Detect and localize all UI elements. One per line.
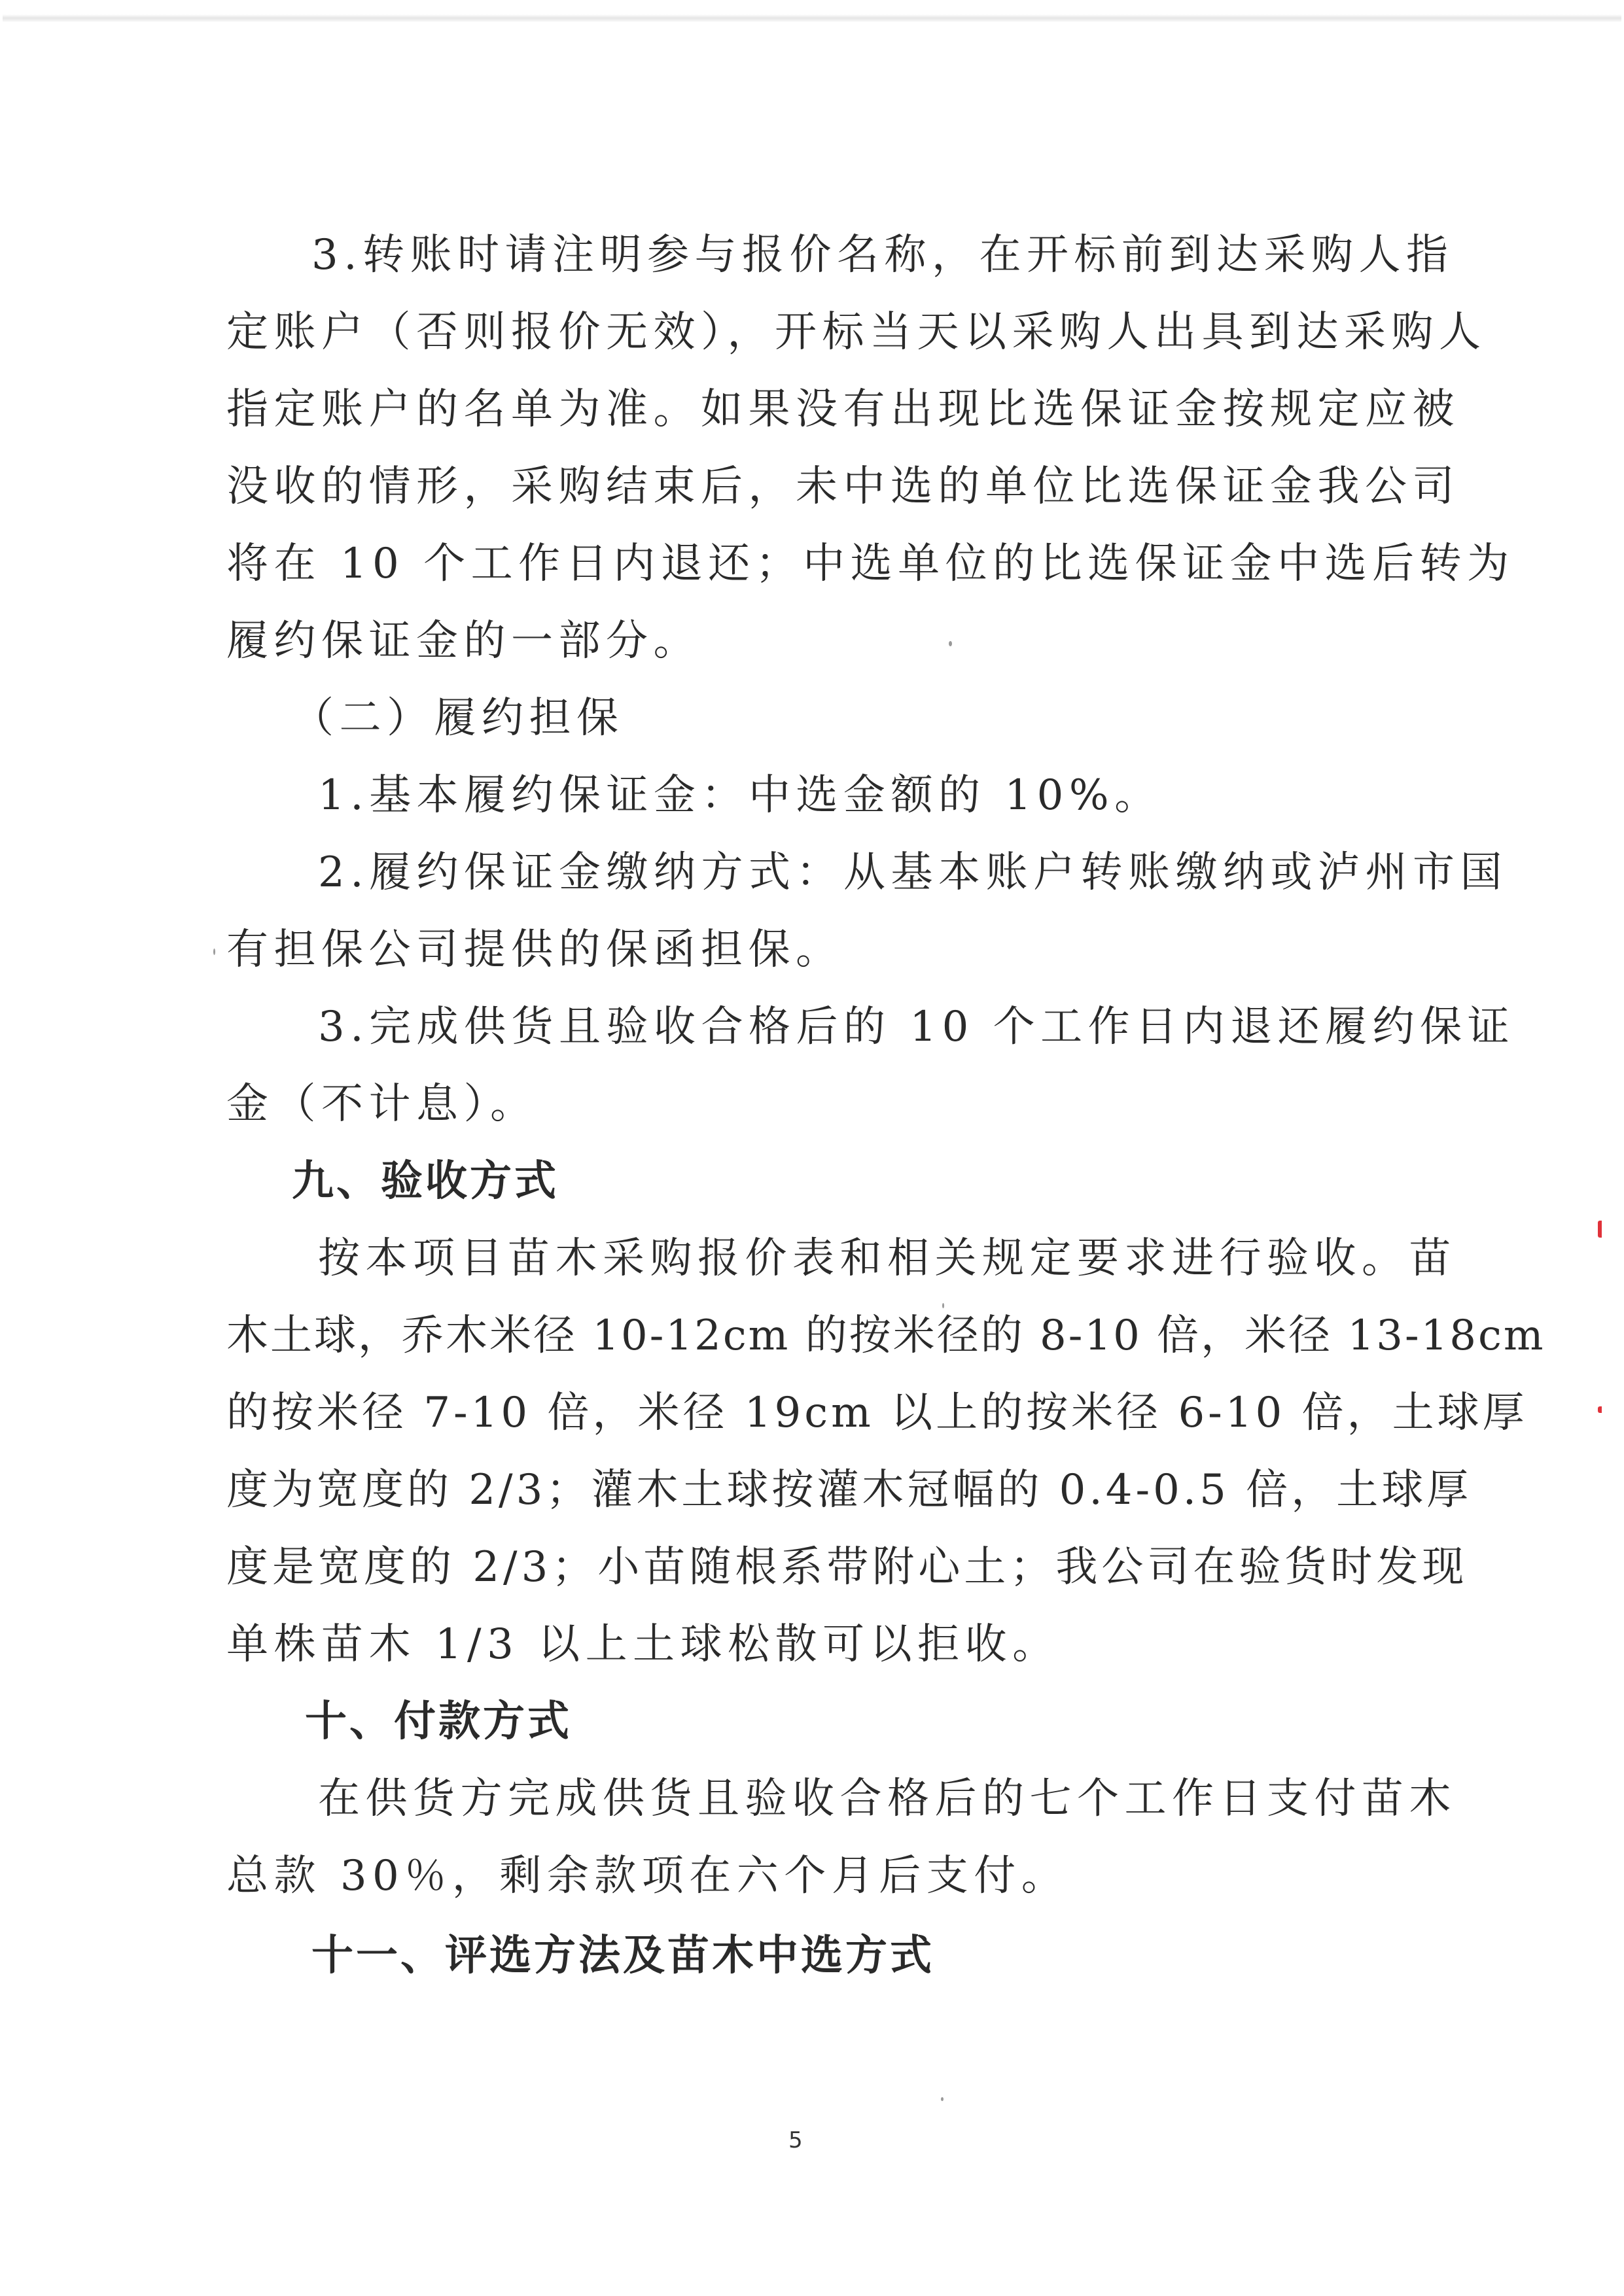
subheading-performance-guarantee: （二）履约担保 (292, 686, 624, 751)
paragraph-acceptance-line-1: 按本项目苗木采购报价表和相关规定要求进行验收。苗 (318, 1226, 1456, 1291)
section-heading-payment: 十、付款方式 (305, 1689, 572, 1754)
section-heading-acceptance: 九、验收方式 (292, 1149, 559, 1214)
item-bond-payment-method-line-2: 有担保公司提供的保函担保。 (226, 917, 843, 983)
paragraph-deposit-3-line-1: 3.转账时请注明参与报价名称，在开标前到达采购人指 (311, 222, 1454, 288)
paragraph-acceptance-line-3: 的按米径 7-10 倍，米径 19cm 以上的按米径 6-10 倍，土球厚 (226, 1380, 1528, 1446)
paragraph-acceptance-line-5: 度是宽度的 2/3；小苗随根系带附心土；我公司在验货时发现 (226, 1535, 1468, 1600)
paragraph-acceptance-line-4: 度为宽度的 2/3；灌木土球按灌木冠幅的 0.4-0.5 倍，土球厚 (226, 1457, 1472, 1523)
red-stamp-fragment (1598, 1221, 1602, 1238)
paragraph-deposit-3-line-2: 定账户（否则报价无效），开标当天以采购人出具到达采购人 (226, 300, 1487, 365)
section-heading-evaluation-method: 十一、评选方法及苗木中选方式 (311, 1923, 934, 1989)
scan-top-edge (3, 14, 1621, 22)
paragraph-acceptance-line-2: 木土球，乔木米径 10-12cm 的按米径的 8-10 倍，米径 13-18cm (226, 1303, 1545, 1368)
item-bond-refund-line-1: 3.完成供货且验收合格后的 10 个工作日内退还履约保证 (318, 994, 1515, 1060)
scan-speck (942, 1303, 944, 1308)
item-bond-payment-method-line-1: 2.履约保证金缴纳方式：从基本账户转账缴纳或泸州市国 (318, 840, 1508, 905)
scan-speck (213, 948, 215, 955)
paragraph-deposit-3-line-3: 指定账户的名单为准。如果没有出现比选保证金按规定应被 (226, 377, 1460, 442)
page-number: 5 (788, 2127, 803, 2153)
paragraph-payment-line-1: 在供货方完成供货且验收合格后的七个工作日支付苗木 (318, 1766, 1456, 1832)
red-stamp-fragment (1598, 1406, 1602, 1413)
paragraph-acceptance-line-6: 单株苗木 1/3 以上土球松散可以拒收。 (226, 1612, 1060, 1677)
paragraph-deposit-3-line-6: 履约保证金的一部分。 (226, 608, 701, 674)
scan-speck (941, 2097, 944, 2101)
paragraph-deposit-3-line-5: 将在 10 个工作日内退还；中选单位的比选保证金中选后转为 (226, 531, 1515, 597)
paragraph-payment-line-2: 总款 30％，剩余款项在六个月后支付。 (226, 1843, 1068, 1909)
paragraph-deposit-3-line-4: 没收的情形，采购结束后，未中选的单位比选保证金我公司 (226, 454, 1460, 519)
item-bond-refund-line-2: 金（不计息）。 (226, 1071, 538, 1137)
scan-speck (949, 641, 952, 646)
item-basic-performance-bond: 1.基本履约保证金：中选金额的 10%。 (318, 763, 1162, 828)
